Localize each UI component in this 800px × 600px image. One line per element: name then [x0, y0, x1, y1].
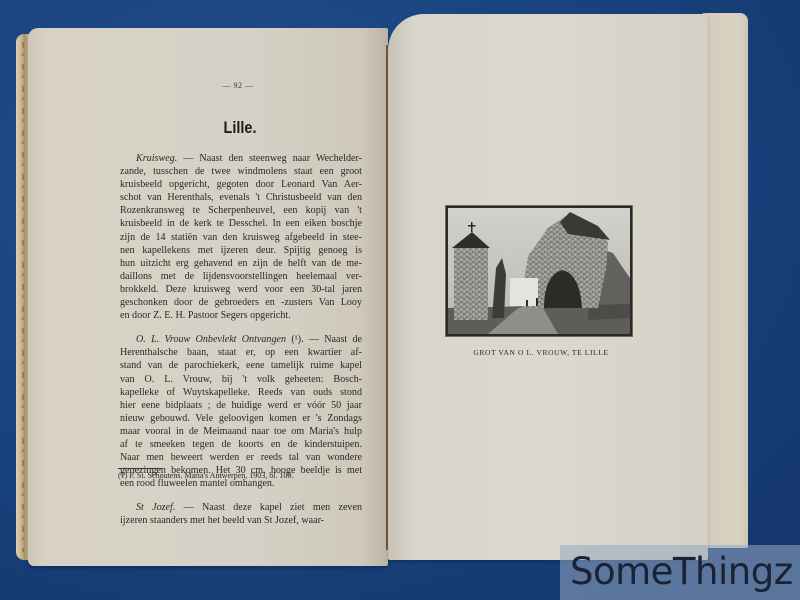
text-line: stand van de parochiekerk, eene tamelijk… — [120, 359, 362, 372]
text-line: kapelleke of Wuytskapelleke. Reeds van o… — [120, 386, 362, 399]
text-line: nen kapellekens met ijzeren deur. Spijti… — [120, 244, 362, 257]
text-line: kruisbeeld in de kerk te Desschel. In ee… — [120, 217, 362, 230]
photo-caption: GROT VAN O L. VROUW, TE LILLE — [446, 348, 636, 357]
text-line: en door Z. E. H. Pastoor Segers opgerich… — [120, 309, 362, 322]
text-line: ijzeren staanders met het beeld van St J… — [120, 514, 362, 527]
footnote: (1) P. St. Schoutens. Maria's Antwerpen,… — [118, 471, 363, 480]
text-line: hier eene bidplaats ; de huidige werd er… — [120, 399, 362, 412]
paragraph-lead: O. L. Vrouw Onbevlekt Ontvangen — [136, 334, 286, 345]
footnote-rule — [118, 468, 162, 469]
text-line: Kruisweg. — Naast den steenweg naar Wech… — [120, 152, 362, 165]
text-line: O. L. Vrouw Onbevlekt Ontvangen (¹). — N… — [120, 333, 362, 346]
chapter-title: Lille. — [206, 118, 274, 138]
book-spine — [386, 45, 388, 550]
text-line: Herenthalsche baan, staat er, op een kwa… — [120, 346, 362, 359]
text-line: van O. L. Vrouw, bij 't volk geheeten: B… — [120, 373, 362, 386]
text-line: kruisbeeld opgericht, gegoten door Leona… — [120, 178, 362, 191]
text-line: hun uitzicht erg gehavend en zijn de hel… — [120, 257, 362, 270]
watermark-logo: SomeThingz — [570, 547, 793, 597]
text-line: nieuw gebouwd. Vele geloovigen komen er … — [120, 412, 362, 425]
paragraph-lead: Kruisweg. — [136, 153, 177, 164]
page-number: — 92 — — [208, 81, 268, 90]
text-line: daillons met de lijdensvoorstellingen he… — [120, 270, 362, 283]
text-line: Naar men beweert werden er reeds tal van… — [120, 451, 362, 464]
right-cover-edge — [702, 13, 748, 548]
text-line: St Jozef. — Naast deze kapel ziet men ze… — [120, 501, 362, 514]
text-line: schot van Herenthals, evenals 't Christu… — [120, 191, 362, 204]
book-photo-scene: — 92 — Lille. Kruisweg. — Naast den stee… — [0, 0, 800, 600]
text-line: geschonken door de gebroeders en -zuster… — [120, 296, 362, 309]
text-line: Rozenkransweg te Scherpenheuvel, een kop… — [120, 204, 362, 217]
text-line: af te smeeken tegen de koorts en de kind… — [120, 438, 362, 451]
paragraph-ol-vrouw: O. L. Vrouw Onbevlekt Ontvangen (¹). — N… — [120, 333, 362, 490]
grotto-photo-image — [448, 208, 630, 334]
text-line: zijn de 14 statiën van den kruisweg afge… — [120, 231, 362, 244]
paragraph-lead: St Jozef. — [136, 502, 175, 513]
text-line: brokkeld. Deze kruisweg werd voor een 30… — [120, 283, 362, 296]
paragraph-st-jozef: St Jozef. — Naast deze kapel ziet men ze… — [120, 501, 362, 527]
text-line: zande, tusschen de twee windmolens staat… — [120, 165, 362, 178]
text-line: maar vooral in de Meimaand naar toe om M… — [120, 425, 362, 438]
paragraph-kruisweg: Kruisweg. — Naast den steenweg naar Wech… — [120, 152, 362, 322]
grotto-photograph — [446, 206, 632, 336]
